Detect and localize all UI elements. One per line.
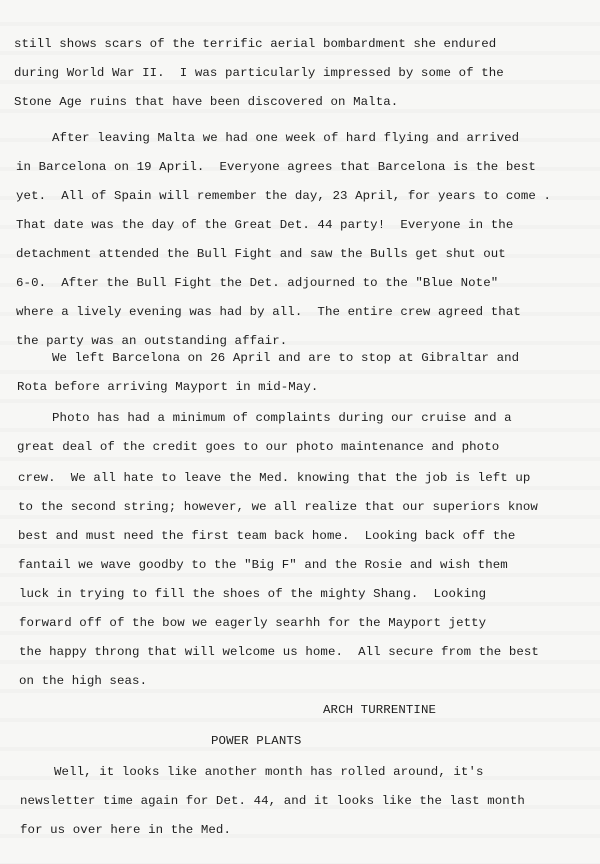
section-heading: POWER PLANTS [211,733,301,749]
body-line: crew. We all hate to leave the Med. know… [18,470,530,486]
body-line: the party was an outstanding affair. [16,333,287,349]
body-line: for us over here in the Med. [20,822,231,838]
body-line: in Barcelona on 19 April. Everyone agree… [16,159,536,175]
body-line: Rota before arriving Mayport in mid-May. [17,379,318,395]
body-line: yet. All of Spain will remember the day,… [16,188,551,204]
author-signature: ARCH TURRENTINE [323,702,436,718]
body-line: to the second string; however, we all re… [18,499,538,515]
body-line: during World War II. I was particularly … [14,65,504,81]
body-line: fantail we wave goodby to the "Big F" an… [18,557,508,573]
body-line: forward off of the bow we eagerly searhh… [19,615,486,631]
body-line: newsletter time again for Det. 44, and i… [20,793,525,809]
body-line: Well, it looks like another month has ro… [54,764,484,780]
body-line: detachment attended the Bull Fight and s… [16,246,506,262]
body-line: 6-0. After the Bull Fight the Det. adjou… [16,275,498,291]
body-line: After leaving Malta we had one week of h… [52,130,519,146]
body-line: luck in trying to fill the shoes of the … [19,586,486,602]
body-line: great deal of the credit goes to our pho… [17,439,499,455]
body-line: Stone Age ruins that have been discovere… [14,94,398,110]
body-line: Photo has had a minimum of complaints du… [52,410,512,426]
body-line: That date was the day of the Great Det. … [16,217,513,233]
typewritten-page: still shows scars of the terrific aerial… [0,0,600,864]
body-line: the happy throng that will welcome us ho… [19,644,539,660]
body-line: best and must need the first team back h… [18,528,515,544]
body-line: on the high seas. [19,673,147,689]
body-line: We left Barcelona on 26 April and are to… [52,350,519,366]
body-line: where a lively evening was had by all. T… [16,304,521,320]
body-line: still shows scars of the terrific aerial… [14,36,496,52]
